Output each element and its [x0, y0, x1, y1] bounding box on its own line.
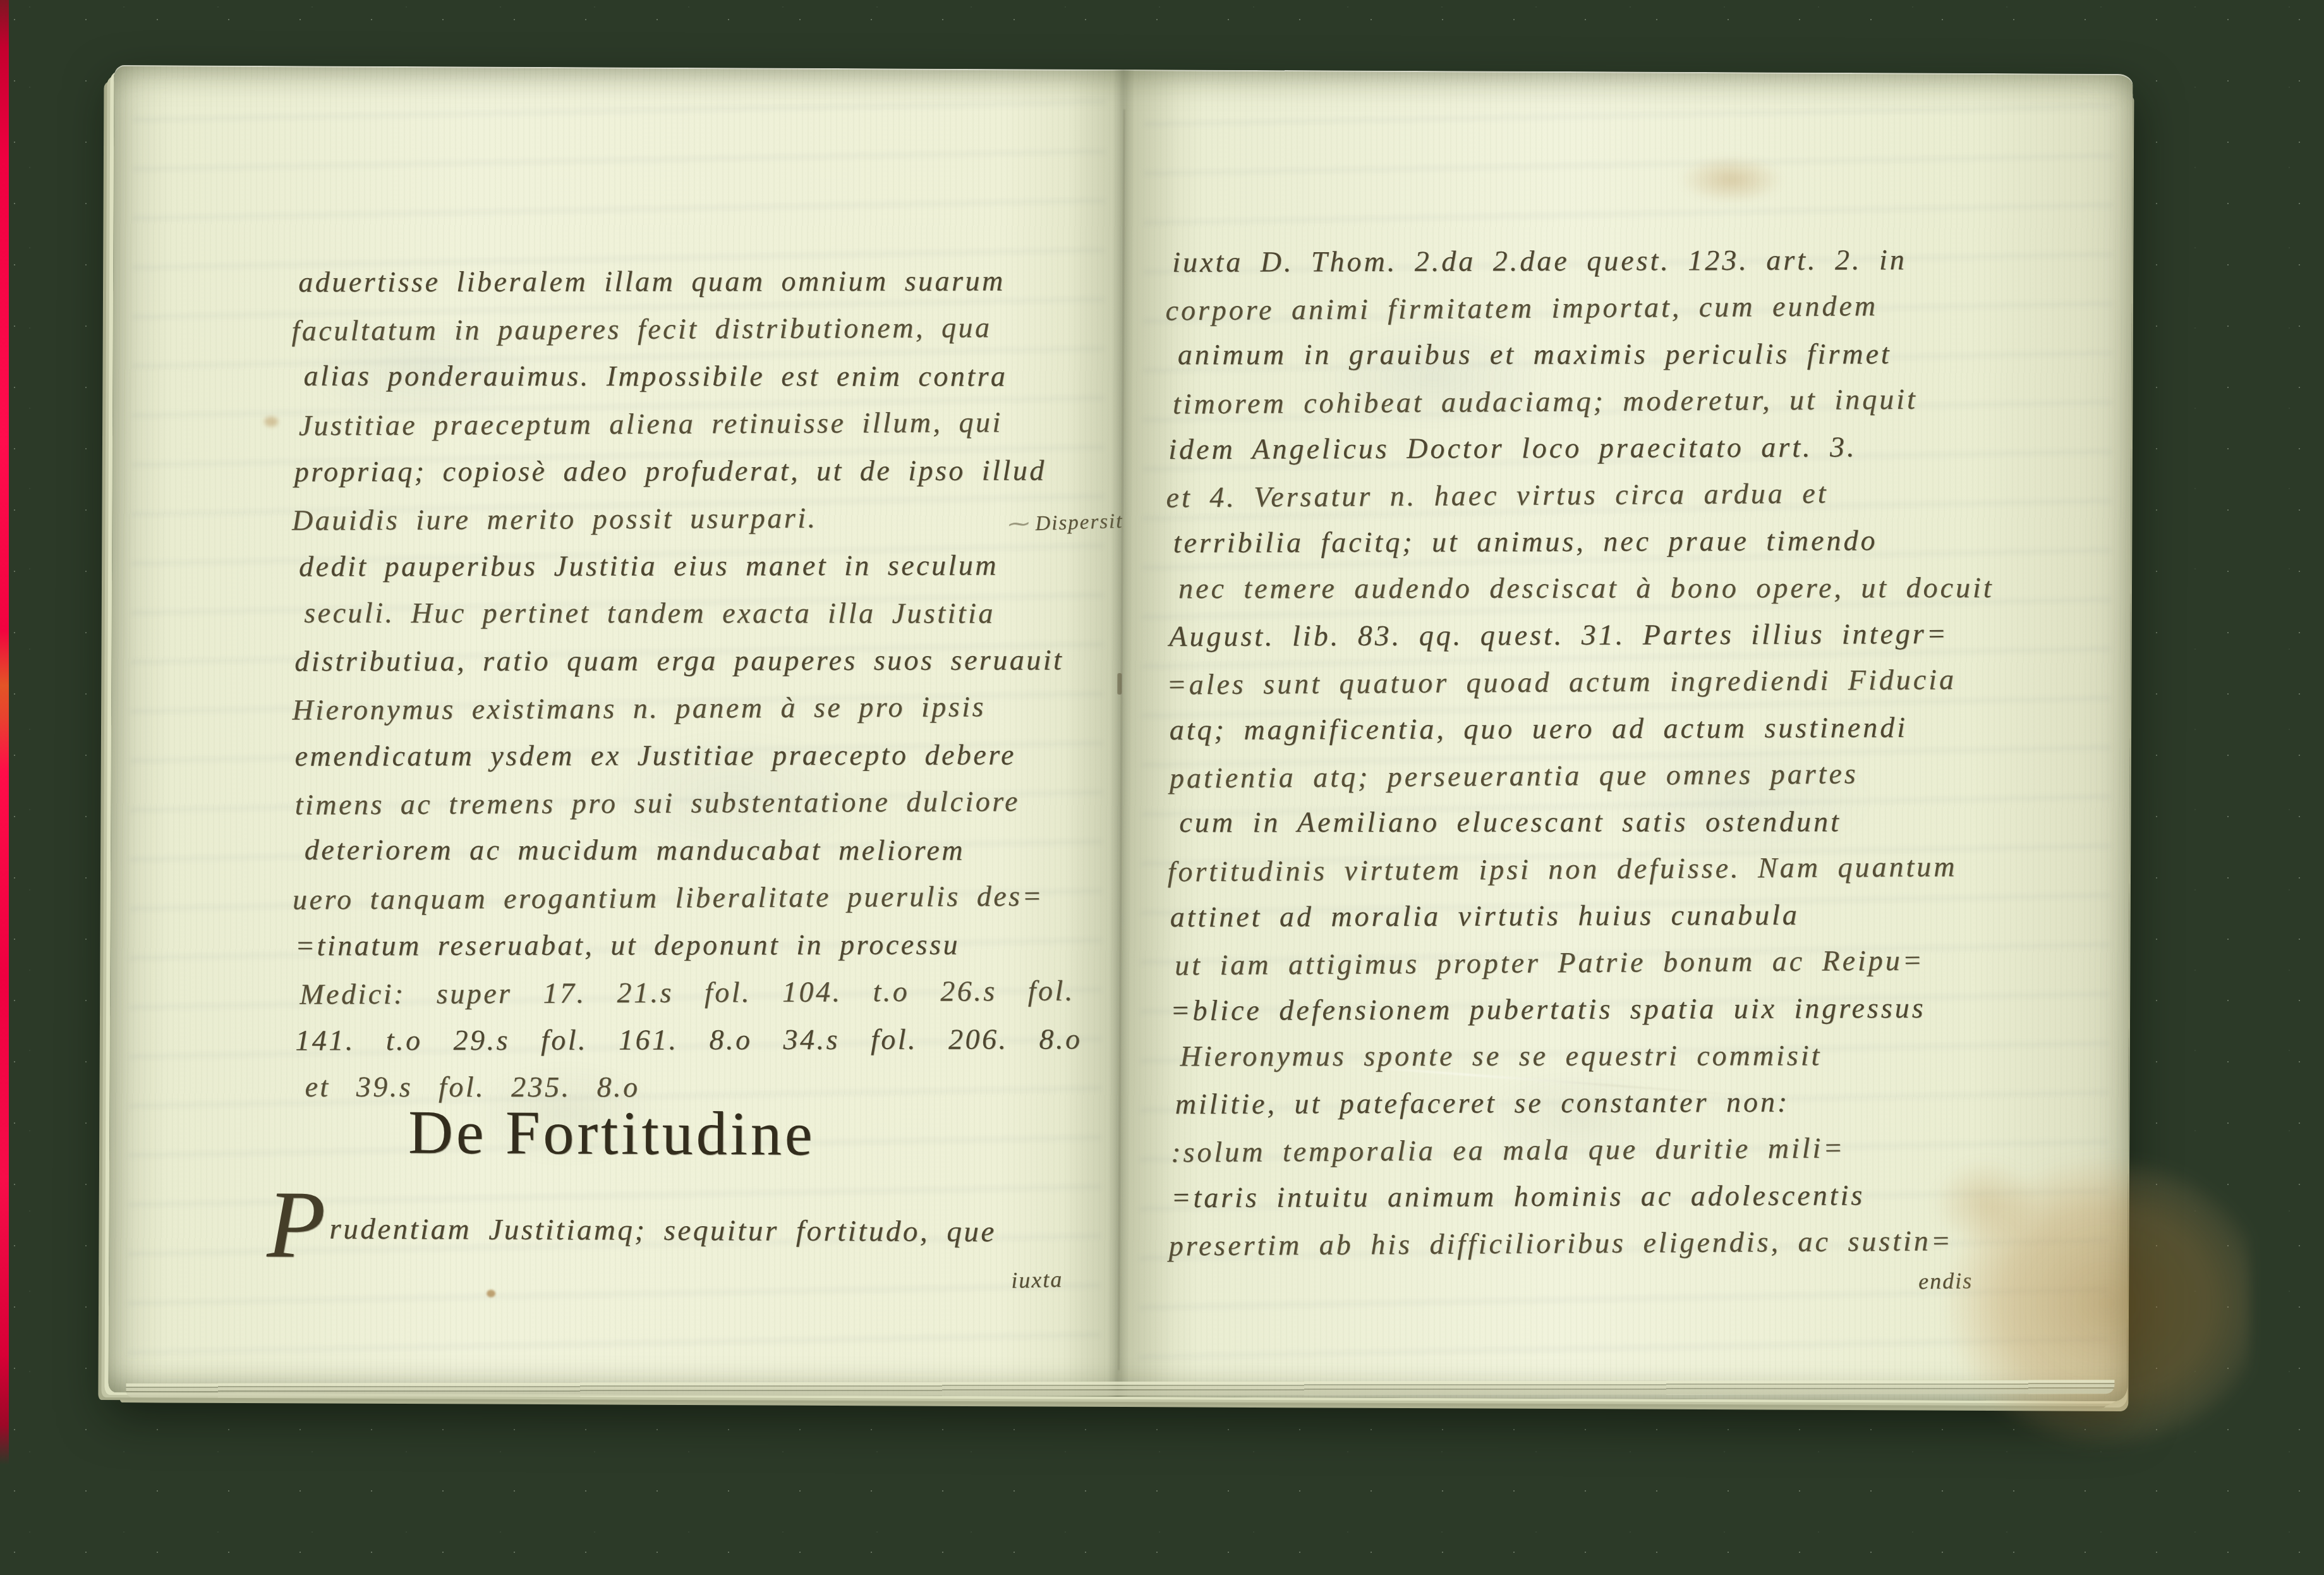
manuscript-line: militie, ut patefaceret se constanter no…	[1175, 1078, 2100, 1128]
manuscript-line: timens ac tremens pro sui substentatione…	[294, 777, 1154, 829]
manuscript-line: propriaq; copiosè adeo profuderat, ut de…	[294, 446, 1154, 495]
manuscript-line: attinet ad moralia virtutis huius cunabu…	[1170, 891, 2099, 940]
manuscript-line: uero tanquam erogantium liberalitate pue…	[293, 872, 1154, 923]
manuscript-line: et 4. Versatur n. haec virtus circa ardu…	[1166, 468, 2097, 521]
scan-mat-red-edge-strip	[0, 0, 9, 1575]
manuscript-line: =tinatum reseruabat, ut deponunt in proc…	[295, 920, 1154, 969]
manuscript-line: August. lib. 83. qq. quest. 31. Partes i…	[1169, 610, 2098, 660]
manuscript-line: patientia atq; perseuerantia que omnes p…	[1170, 749, 2098, 802]
catchword-right: endis	[1701, 1267, 1973, 1298]
manuscript-line: timorem cohibeat audaciamq; moderetur, u…	[1173, 375, 2097, 428]
manuscript-line: Medici: super 17. 21.s fol. 104. t.o 26.…	[300, 966, 1154, 1018]
manuscript-line: fortitudinis virtutem ipsi non defuisse.…	[1167, 842, 2098, 896]
manuscript-line: alias ponderauimus. Impossibile est enim…	[303, 352, 1153, 400]
manuscript-line: animum in grauibus et maximis periculis …	[1178, 331, 2097, 379]
manuscript-line: seculi. Huc pertinet tandem exacta illa …	[304, 589, 1154, 637]
manuscript-line: Justitiae praeceptum aliena retinuisse i…	[298, 398, 1153, 449]
ink-spot	[487, 1290, 495, 1298]
binding-stitch	[1117, 673, 1122, 695]
manuscript-line: ut iam attigimus propter Patrie bonum ac…	[1175, 936, 2099, 989]
manuscript-line: emendicatum ysdem ex Justitiae praecepto…	[294, 731, 1154, 779]
left-page: aduertisse liberalem illam quam omnium s…	[108, 65, 1125, 1397]
manuscript-line: Hieronymus sponte se se equestri commisi…	[1180, 1032, 2100, 1080]
manuscript-line: :solum temporalia ea mala que duritie mi…	[1171, 1123, 2100, 1176]
manuscript-line: dedit pauperibus Justitia eius manet in …	[299, 541, 1154, 590]
manuscript-line: nec temere audendo desciscat à bono oper…	[1178, 564, 2098, 612]
chapter-heading: De Fortitudine	[349, 1102, 874, 1166]
manuscript-line: presertim ab his difficilioribus eligend…	[1168, 1217, 2100, 1270]
right-page-text-block: iuxta D. Thom. 2.da 2.dae quest. 123. ar…	[1168, 236, 2100, 1268]
incipit-text: rudentiam Justitiamq; sequitur fortitudo…	[329, 1210, 996, 1251]
manuscript-line: terribilia facitq; ut animus, nec praue …	[1173, 516, 2098, 566]
left-page-text-block: aduertisse liberalem illam quam omnium s…	[294, 257, 1154, 1111]
manuscript-line: 141. t.o 29.s fol. 161. 8.o 34.s fol. 20…	[295, 1015, 1154, 1064]
manuscript-line: atq; magnificentia, quo uero ad actum su…	[1170, 703, 2098, 753]
manuscript-line: deteriorem ac mucidum manducabat meliore…	[305, 826, 1154, 874]
manuscript-line: distributiua, ratio quam erga pauperes s…	[294, 636, 1154, 684]
manuscript-line: aduertisse liberalem illam quam omnium s…	[298, 257, 1153, 305]
manuscript-photo: aduertisse liberalem illam quam omnium s…	[0, 0, 2324, 1575]
manuscript-line: Hieronymus existimans n. panem à se pro …	[292, 682, 1154, 734]
manuscript-line: =taris intuitu animum hominis ac adolesc…	[1171, 1171, 2100, 1221]
open-manuscript-spread: aduertisse liberalem illam quam omnium s…	[108, 65, 2133, 1401]
catchword-left: iuxta	[835, 1266, 1063, 1298]
drop-cap-initial: P	[267, 1177, 326, 1272]
manuscript-line: =blice defensionem pubertatis spatia uix…	[1170, 984, 2099, 1034]
manuscript-line: =ales sunt quatuor quoad actum ingredien…	[1166, 655, 2098, 708]
manuscript-line: facultatum in pauperes fecit distributio…	[291, 303, 1153, 355]
manuscript-line: cum in Aemiliano elucescant satis ostend…	[1179, 798, 2098, 846]
manuscript-line: iuxta D. Thom. 2.da 2.dae quest. 123. ar…	[1172, 236, 2097, 286]
manuscript-line: idem Angelicus Doctor loco praecitato ar…	[1168, 423, 2097, 473]
manuscript-line: corpore animi firmitatem importat, cum e…	[1165, 281, 2097, 334]
small-stain	[264, 417, 278, 427]
incipit-line: P rudentiam Justitiamq; sequitur fortitu…	[267, 1177, 996, 1275]
